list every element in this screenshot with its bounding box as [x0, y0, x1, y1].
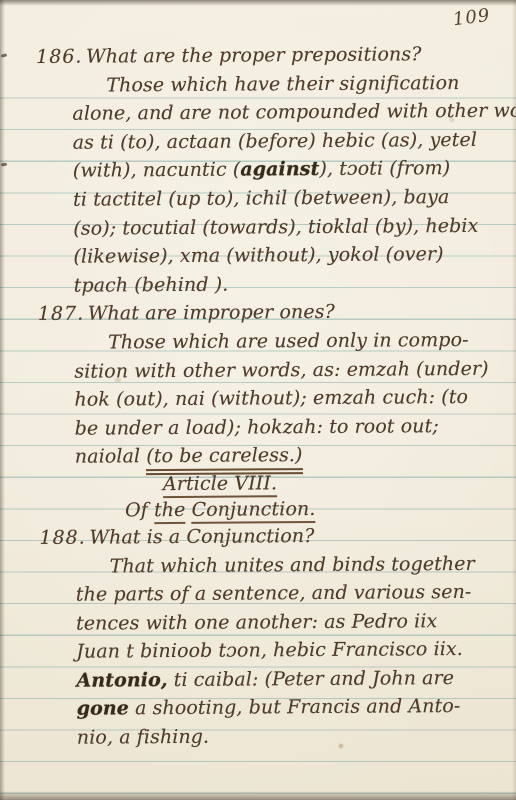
text-line: (likewise), xma (without), yokol (over) — [29, 240, 511, 272]
text-line: naiolal (to be careless.) — [31, 440, 513, 472]
line-text: hok (out), nai (without); emzah cuch: (t… — [74, 386, 468, 411]
text-line: Antonio, ti caibal: (Peter and John are — [32, 663, 514, 695]
text-line: alone, and are not compounded with other… — [28, 97, 510, 129]
question-line: 188.What is a Conjunction? — [31, 521, 513, 553]
page-number: 109 — [452, 5, 492, 30]
text-segment: hok (out), nai (without); emzah cuch: (t… — [74, 386, 468, 411]
text-segment: gone — [77, 698, 129, 720]
text-segment: Conjunction. — [192, 498, 316, 524]
text-line: (so); tocutial (towards), tioklal (by), … — [29, 211, 511, 243]
text-segment: tpach (behind ). — [74, 273, 229, 296]
line-text: What are improper ones? — [88, 301, 335, 325]
manuscript-page: 109 186.What are the proper prepositions… — [0, 0, 516, 800]
text-segment: be under a load); hokzah: to root out; — [75, 415, 439, 440]
line-text: ti tactitel (up to), ichil (between), ba… — [73, 186, 449, 211]
text-line: be under a load); hokzah: to root out; — [31, 411, 513, 443]
text-line: sition with other words, as: emzah (unde… — [30, 354, 512, 386]
text-segment: What is a Conjunction? — [89, 525, 314, 549]
line-text: tpach (behind ). — [74, 273, 229, 296]
line-text: Antonio, ti caibal: (Peter and John are — [76, 667, 454, 692]
line-text: (so); tocutial (towards), tioklal (by), … — [73, 214, 478, 239]
text-line: as ti (to), actaan (before) hebic (as), … — [29, 125, 511, 157]
line-text: be under a load); hokzah: to root out; — [75, 415, 439, 440]
text-segment: ti caibal: (Peter and John are — [167, 667, 454, 691]
text-segment: (with), nacuntic ( — [73, 159, 241, 182]
question-number: 187. — [38, 300, 85, 329]
text-segment: sition with other words, as: emzah (unde… — [74, 357, 488, 382]
line-text: Juan t binioob tɔon, hebic Francisco iix… — [76, 638, 463, 663]
question-line: 186.What are the proper prepositions? — [28, 40, 510, 72]
text-line: hok (out), nai (without); emzah cuch: (t… — [30, 383, 512, 415]
text-segment: Antonio, — [76, 669, 167, 692]
line-text: the parts of a sentence, and various sen… — [76, 581, 472, 606]
text-segment: as ti (to), actaan (before) hebic (as), … — [73, 129, 477, 154]
text-segment: Of — [125, 499, 154, 521]
text-line: That which unites and binds together — [32, 549, 514, 581]
line-text: Article VIII. — [163, 472, 277, 498]
text-segment: naiolal — [75, 445, 147, 467]
text-line: Of the Conjunction. — [31, 495, 513, 524]
line-text: Those which have their signification — [106, 72, 459, 96]
text-segment: Article VIII. — [163, 472, 277, 498]
text-segment: the parts of a sentence, and various sen… — [76, 581, 472, 606]
text-segment: That which unites and binds together — [110, 552, 475, 577]
text-line: tpach (behind ). — [30, 268, 512, 300]
text-line: nio, a fishing. — [33, 721, 515, 753]
text-segment: (so); tocutial (towards), tioklal (by), … — [73, 214, 478, 239]
text-line: gone a shooting, but Francis and Anto- — [33, 692, 515, 724]
text-segment: against — [240, 158, 319, 181]
text-segment: Those which are used only in compo- — [108, 329, 469, 354]
text-segment: ti tactitel (up to), ichil (between), ba… — [73, 186, 449, 211]
text-segment: alone, and are not compounded with other… — [72, 99, 516, 124]
text-line: Article VIII. — [31, 469, 513, 498]
text-segment: nio, a fishing. — [77, 726, 209, 749]
line-text: sition with other words, as: emzah (unde… — [74, 357, 488, 382]
text-segment: (likewise), xma (without), yokol (over) — [73, 243, 443, 268]
line-text: Those which are used only in compo- — [108, 329, 469, 354]
text-line: the parts of a sentence, and various sen… — [32, 578, 514, 610]
text-segment: Those which have their signification — [106, 72, 459, 96]
text-line: (with), nacuntic (against), tɔoti (from) — [29, 154, 511, 186]
text-line: Those which are used only in compo- — [30, 326, 512, 358]
manuscript-text: 186.What are the proper prepositions?Tho… — [28, 40, 515, 753]
text-segment: What are the proper prepositions? — [86, 43, 422, 67]
line-text: gone a shooting, but Francis and Anto- — [77, 695, 461, 720]
line-text: (likewise), xma (without), yokol (over) — [73, 243, 443, 268]
text-segment: Juan t binioob tɔon, hebic Francisco iix… — [76, 638, 463, 663]
text-segment: tences with one another: as Pedro iix — [76, 610, 437, 635]
question-number: 186. — [36, 43, 83, 72]
line-text: What are the proper prepositions? — [86, 43, 422, 67]
line-text: nio, a fishing. — [77, 726, 209, 749]
text-line: ti tactitel (up to), ichil (between), ba… — [29, 183, 511, 215]
text-segment: ), tɔoti (from) — [319, 157, 450, 180]
margin-mark — [1, 163, 7, 167]
text-line: Juan t binioob tɔon, hebic Francisco iix… — [32, 635, 514, 667]
question-line: 187.What are improper ones? — [30, 297, 512, 329]
question-number: 188. — [39, 524, 86, 553]
text-segment: What are improper ones? — [88, 301, 335, 325]
text-segment: a shooting, but Francis and Anto- — [129, 695, 461, 719]
line-text: Of the Conjunction. — [125, 498, 316, 524]
line-text: That which unites and binds together — [110, 552, 475, 577]
text-line: Those which have their signification — [28, 68, 510, 100]
line-text: alone, and are not compounded with other… — [72, 99, 516, 124]
line-text: (with), nacuntic (against), tɔoti (from) — [73, 157, 451, 182]
line-text: tences with one another: as Pedro iix — [76, 610, 437, 635]
text-segment: the — [154, 499, 186, 524]
margin-mark — [1, 53, 8, 57]
text-line: tences with one another: as Pedro iix — [32, 606, 514, 638]
line-text: as ti (to), actaan (before) hebic (as), … — [73, 129, 477, 154]
line-text: What is a Conjunction? — [89, 525, 314, 549]
